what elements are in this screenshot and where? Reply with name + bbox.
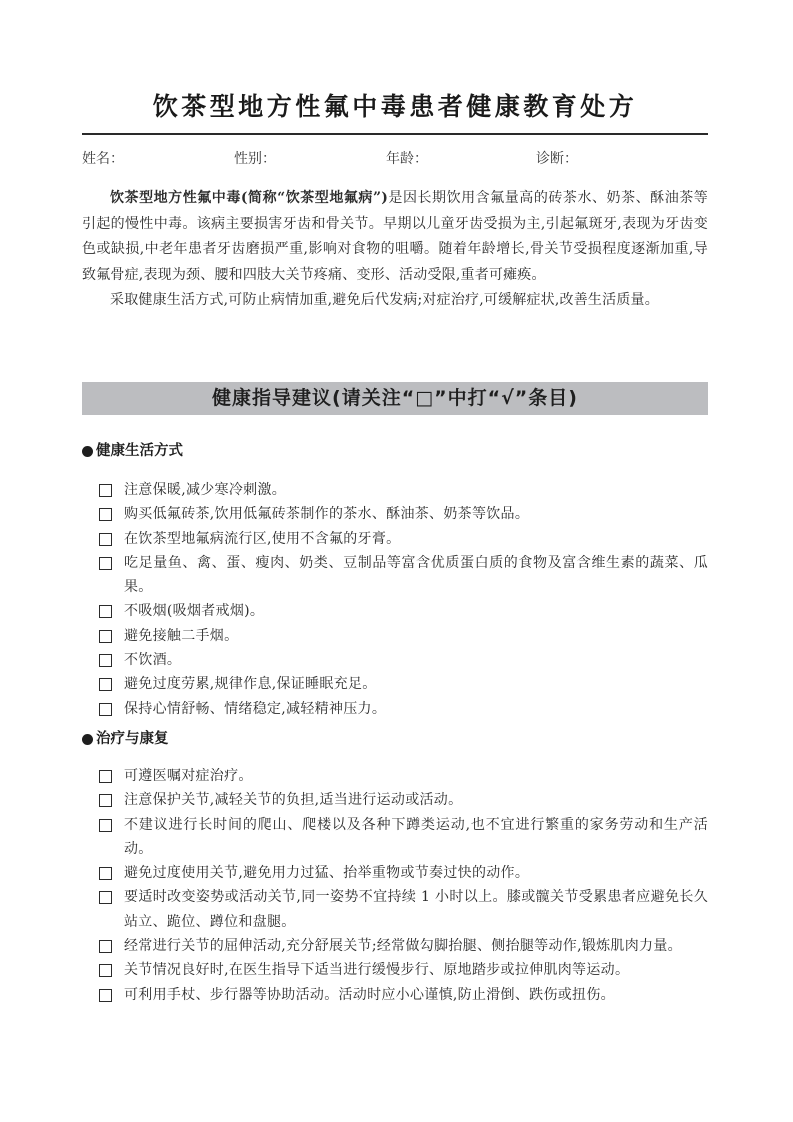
name-label: 姓名： (82, 148, 124, 168)
intro-paragraph-2: 采取健康生活方式,可防止病情加重,避免后代发病;对症治疗,可缓解症状,改善生活质… (82, 288, 708, 314)
checklist-item: 避免过度使用关节,避免用力过猛、抬举重物或节奏过快的动作。 (82, 861, 708, 885)
title-divider (82, 133, 708, 135)
checklist-item: 保持心情舒畅、情绪稳定,减轻精神压力。 (82, 697, 708, 721)
checklist-item-label: 购买低氟砖茶,饮用低氟砖茶制作的茶水、酥油茶、奶茶等饮品。 (124, 506, 529, 522)
page-title: 饮茶型地方性氟中毒患者健康教育处方 (82, 90, 708, 124)
checklist-item-label: 吃足量鱼、禽、蛋、瘦肉、奶类、豆制品等富含优质蛋白质的食物及富含维生素的蔬菜、瓜… (124, 555, 708, 595)
checklist-item-label: 可遵医嘱对症治疗。 (124, 768, 253, 784)
bullet-icon (82, 734, 93, 745)
checklist-item: 避免接触二手烟。 (82, 624, 708, 648)
checklist-item-label: 保持心情舒畅、情绪稳定,减轻精神压力。 (124, 701, 386, 717)
checkbox-icon[interactable] (99, 794, 112, 807)
checkbox-icon[interactable] (99, 867, 112, 880)
checklist-item-label: 不建议进行长时间的爬山、爬楼以及各种下蹲类运动,也不宜进行繁重的家务劳动和生产活… (124, 817, 708, 857)
checklist-item-label: 避免接触二手烟。 (124, 628, 238, 644)
disease-name: 饮茶型地方性氟中毒(简称“饮茶型地氟病”) (110, 190, 388, 206)
checklist-item-label: 避免过度使用关节,避免用力过猛、抬举重物或节奏过快的动作。 (124, 865, 529, 881)
checkbox-icon[interactable] (99, 964, 112, 977)
checklist-item: 可遵医嘱对症治疗。 (82, 764, 708, 788)
checkbox-icon[interactable] (99, 630, 112, 643)
checklist-item: 不吸烟(吸烟者戒烟)。 (82, 599, 708, 623)
checklist: 可遵医嘱对症治疗。 注意保护关节,减轻关节的负担,适当进行运动或活动。 不建议进… (82, 764, 708, 1007)
section-heading-label: 治疗与康复 (96, 729, 169, 749)
intro-paragraph-1: 饮茶型地方性氟中毒(简称“饮茶型地氟病”)是因长期饮用含氟量高的砖茶水、奶茶、酥… (82, 186, 708, 288)
section-heading-label: 健康生活方式 (96, 441, 183, 461)
checklist-item: 可利用手杖、步行器等协助活动。活动时应小心谨慎,防止滑倒、跌伤或扭伤。 (82, 983, 708, 1007)
checkbox-icon[interactable] (99, 484, 112, 497)
checkbox-icon[interactable] (99, 891, 112, 904)
patient-info-row: 姓名： 性别： 年龄： 诊断： (82, 148, 708, 170)
checklist-item: 不饮酒。 (82, 648, 708, 672)
checklist-item-label: 不吸烟(吸烟者戒烟)。 (124, 603, 264, 619)
checklist-item-label: 可利用手杖、步行器等协助活动。活动时应小心谨慎,防止滑倒、跌伤或扭伤。 (124, 987, 615, 1003)
checkbox-icon[interactable] (99, 989, 112, 1002)
age-label: 年龄： (386, 148, 428, 168)
checklist-item: 关节情况良好时,在医生指导下适当进行缓慢步行、原地踏步或拉伸肌肉等运动。 (82, 958, 708, 982)
section-healthy-lifestyle: 健康生活方式 注意保暖,减少寒冷刺激。 购买低氟砖茶,饮用低氟砖茶制作的茶水、酥… (82, 441, 708, 721)
checklist-item-label: 注意保暖,减少寒冷刺激。 (124, 482, 286, 498)
checklist-item: 在饮茶型地氟病流行区,使用不含氟的牙膏。 (82, 527, 708, 551)
checkbox-icon[interactable] (99, 557, 112, 570)
gender-label: 性别： (234, 148, 276, 168)
checkbox-icon[interactable] (99, 605, 112, 618)
checkbox-icon[interactable] (99, 654, 112, 667)
checklist-item-label: 不饮酒。 (124, 652, 181, 668)
checklist-item: 注意保暖,减少寒冷刺激。 (82, 478, 708, 502)
checklist-item-label: 经常进行关节的屈伸活动,充分舒展关节;经常做勾脚抬腿、侧抬腿等动作,锻炼肌肉力量… (124, 938, 682, 954)
checklist-item: 要适时改变姿势或活动关节,同一姿势不宜持续 1 小时以上。膝或髋关节受累患者应避… (82, 885, 708, 934)
checklist-item: 不建议进行长时间的爬山、爬楼以及各种下蹲类运动,也不宜进行繁重的家务劳动和生产活… (82, 813, 708, 862)
section-treatment-rehab: 治疗与康复 可遵医嘱对症治疗。 注意保护关节,减轻关节的负担,适当进行运动或活动… (82, 729, 708, 1007)
section-heading: 健康生活方式 (82, 441, 708, 461)
checkbox-icon[interactable] (99, 703, 112, 716)
checklist-item-label: 避免过度劳累,规律作息,保证睡眠充足。 (124, 676, 377, 692)
checklist-item: 注意保护关节,减轻关节的负担,适当进行运动或活动。 (82, 788, 708, 812)
checklist-item-label: 要适时改变姿势或活动关节,同一姿势不宜持续 1 小时以上。膝或髋关节受累患者应避… (124, 889, 708, 929)
checklist-item: 经常进行关节的屈伸活动,充分舒展关节;经常做勾脚抬腿、侧抬腿等动作,锻炼肌肉力量… (82, 934, 708, 958)
checklist-item-label: 在饮茶型地氟病流行区,使用不含氟的牙膏。 (124, 531, 400, 547)
guidance-header-bar: 健康指导建议(请关注“□”中打“√”条目) (82, 382, 708, 415)
diagnosis-label: 诊断： (536, 148, 578, 168)
checklist-item: 避免过度劳累,规律作息,保证睡眠充足。 (82, 672, 708, 696)
checkbox-icon[interactable] (99, 533, 112, 546)
checklist-item-label: 关节情况良好时,在医生指导下适当进行缓慢步行、原地踏步或拉伸肌肉等运动。 (124, 962, 629, 978)
bullet-icon (82, 446, 93, 457)
checklist: 注意保暖,减少寒冷刺激。 购买低氟砖茶,饮用低氟砖茶制作的茶水、酥油茶、奶茶等饮… (82, 478, 708, 721)
checklist-item-label: 注意保护关节,减轻关节的负担,适当进行运动或活动。 (124, 792, 462, 808)
checkbox-icon[interactable] (99, 770, 112, 783)
intro-text: 饮茶型地方性氟中毒(简称“饮茶型地氟病”)是因长期饮用含氟量高的砖茶水、奶茶、酥… (82, 186, 708, 314)
checkbox-icon[interactable] (99, 678, 112, 691)
section-heading: 治疗与康复 (82, 729, 708, 749)
checkbox-icon[interactable] (99, 940, 112, 953)
checkbox-icon[interactable] (99, 508, 112, 521)
checklist-item: 吃足量鱼、禽、蛋、瘦肉、奶类、豆制品等富含优质蛋白质的食物及富含维生素的蔬菜、瓜… (82, 551, 708, 600)
checklist-item: 购买低氟砖茶,饮用低氟砖茶制作的茶水、酥油茶、奶茶等饮品。 (82, 502, 708, 526)
checkbox-icon[interactable] (99, 819, 112, 832)
